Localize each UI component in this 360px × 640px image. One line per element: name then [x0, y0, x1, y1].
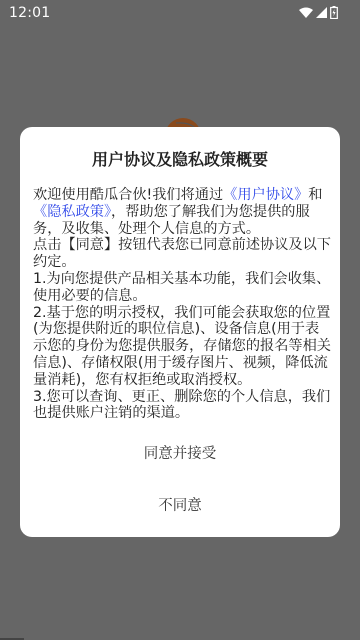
status-icons	[299, 6, 338, 19]
status-bar: 12:01	[0, 0, 360, 26]
intro-text: 欢迎使用酷瓜合伙!我们将通过	[33, 187, 223, 203]
policy-item-3: 3.您可以查询、更正、删除您的个人信息，我们也提供账户注销的渠道。	[33, 389, 330, 422]
privacy-policy-link[interactable]: 《隐私政策》	[33, 204, 111, 220]
dialog-title: 用户协议及隐私政策概要	[20, 147, 340, 170]
policy-item-1: 1.为向您提供产品相关基本功能，我们会收集、使用必要的信息。	[33, 271, 330, 304]
user-agreement-link[interactable]: 《用户协议》	[223, 187, 308, 203]
consent-text: 点击【同意】按钮代表您已同意前述协议及以下约定。	[33, 237, 331, 270]
policy-item-2: 2.基于您的明示授权，我们可能会获取您的位置(为您提供附近的职位信息)、设备信息…	[33, 305, 331, 388]
intro-and-text: 和	[308, 187, 322, 203]
cellular-signal-icon	[316, 7, 327, 18]
dialog-body: 欢迎使用酷瓜合伙!我们将通过《用户协议》和《隐私政策》，帮助您了解我们为您提供的…	[33, 187, 331, 422]
agree-button[interactable]: 同意并接受	[20, 442, 340, 463]
wifi-icon	[299, 7, 313, 18]
battery-charging-icon	[330, 6, 338, 19]
privacy-dialog: 用户协议及隐私政策概要 欢迎使用酷瓜合伙!我们将通过《用户协议》和《隐私政策》，…	[20, 127, 340, 537]
status-time: 12:01	[9, 5, 50, 21]
disagree-button[interactable]: 不同意	[20, 494, 340, 515]
